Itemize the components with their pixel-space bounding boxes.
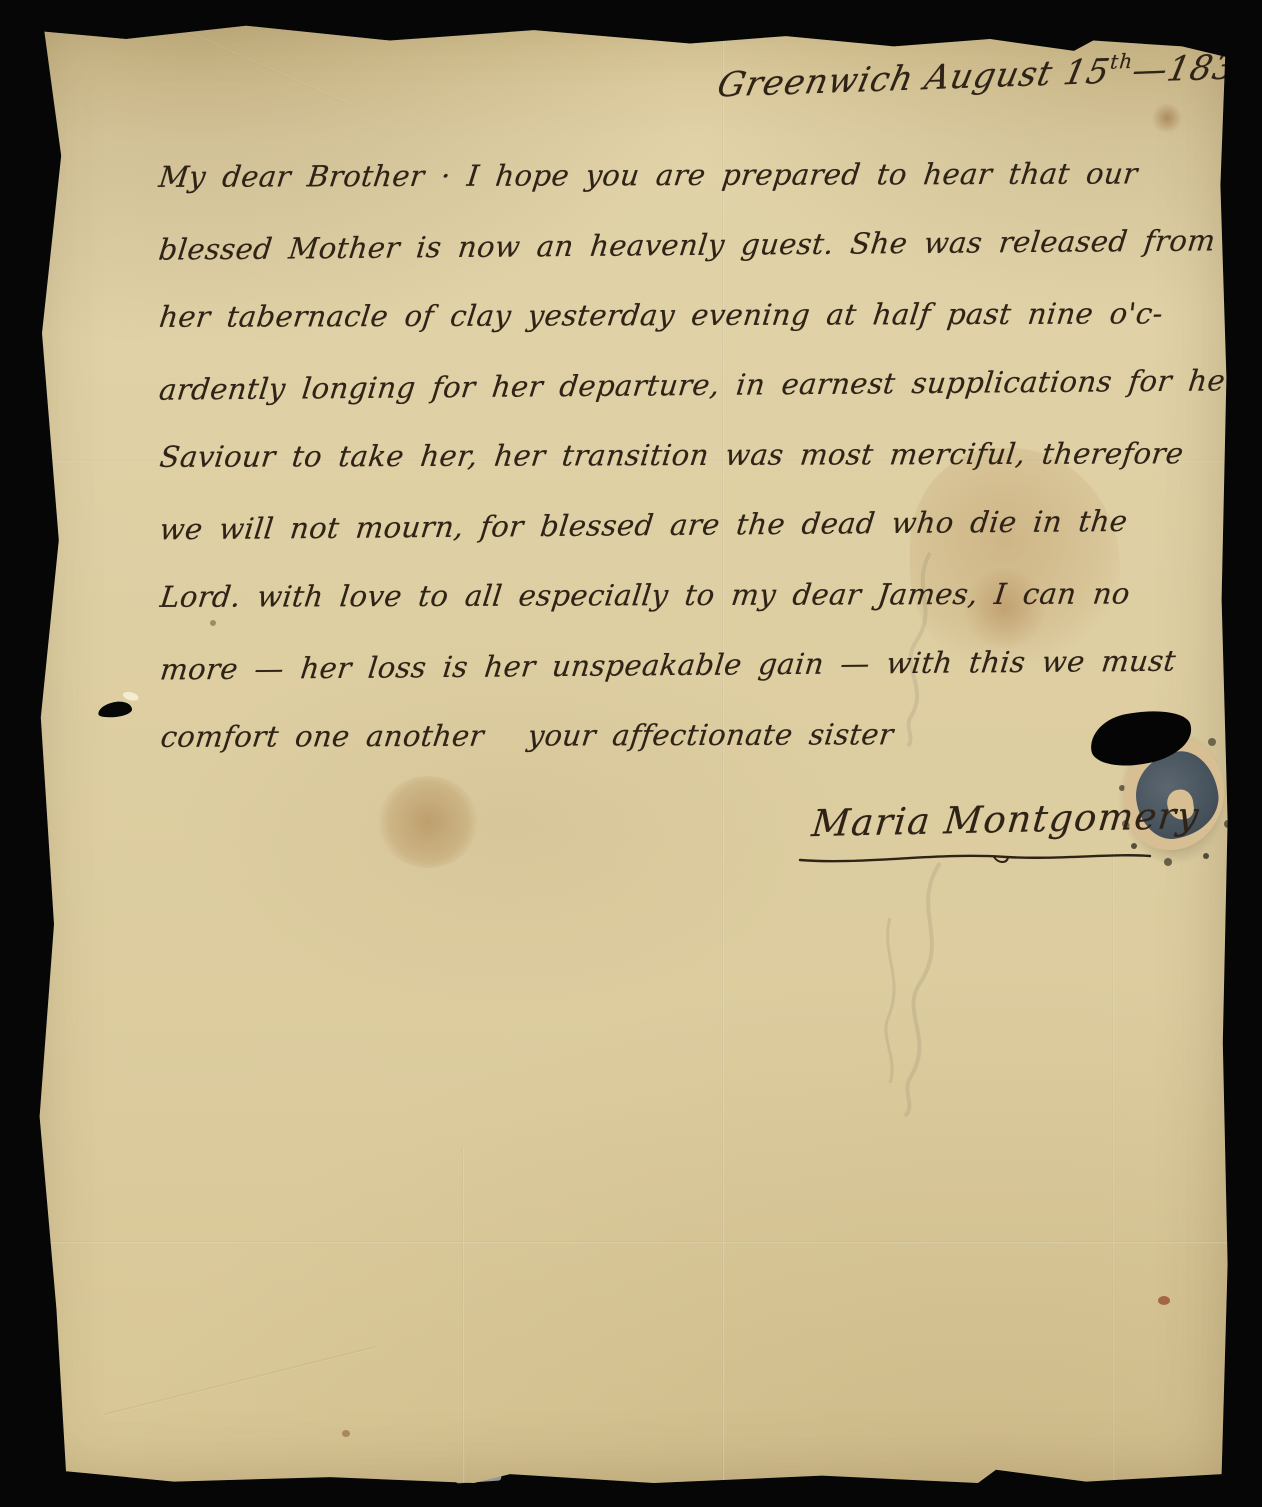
scan-background: Greenwich August 15th—1832 My dear Broth… <box>0 0 1262 1507</box>
letter-line: blessed Mother is now an heavenly guest.… <box>159 208 1229 282</box>
closing-valediction: your affectionate sister <box>526 717 896 752</box>
letter-body: My dear Brother · I hope you are prepare… <box>159 138 1231 772</box>
letter-line: more — her loss is her unspeakable gain … <box>161 628 1231 702</box>
stain-speck <box>1158 1296 1170 1305</box>
letter-line: Lord. with love to all especially to my … <box>160 558 1230 632</box>
stain <box>1150 104 1184 132</box>
letter-line: we will not mourn, for blessed are the d… <box>160 488 1230 562</box>
paper-tear <box>97 700 132 718</box>
dateline: Greenwich August 15th—1832 <box>717 45 1258 106</box>
stain-speck <box>342 1430 350 1437</box>
bleed-through-writing <box>850 858 990 1118</box>
fold-line-vertical <box>462 1148 465 1486</box>
crease-diagonal <box>104 1346 376 1416</box>
letter-closing-line: comfort one another your affectionate si… <box>161 698 1231 772</box>
letter-line: her tabernacle of clay yesterday evening… <box>159 278 1229 352</box>
signature: Maria Montgomery <box>812 794 1201 845</box>
letter-line: Saviour to take her, her transition was … <box>160 418 1230 492</box>
letter-line: ardently longing for her departure, in e… <box>160 348 1230 422</box>
letter-paper: Greenwich August 15th—1832 My dear Broth… <box>30 8 1230 1486</box>
closing-left: comfort one another <box>159 719 486 754</box>
fold-line-vertical <box>1112 848 1115 1486</box>
letter-line: My dear Brother · I hope you are prepare… <box>159 138 1229 212</box>
stain <box>378 776 478 868</box>
signature-underline-flourish <box>796 846 1156 868</box>
dateline-place-date: Greenwich August 15 <box>714 52 1114 106</box>
crease-diagonal <box>187 31 352 106</box>
dateline-year: —1832 <box>1128 46 1262 91</box>
fold-line-horizontal <box>30 1241 1230 1244</box>
